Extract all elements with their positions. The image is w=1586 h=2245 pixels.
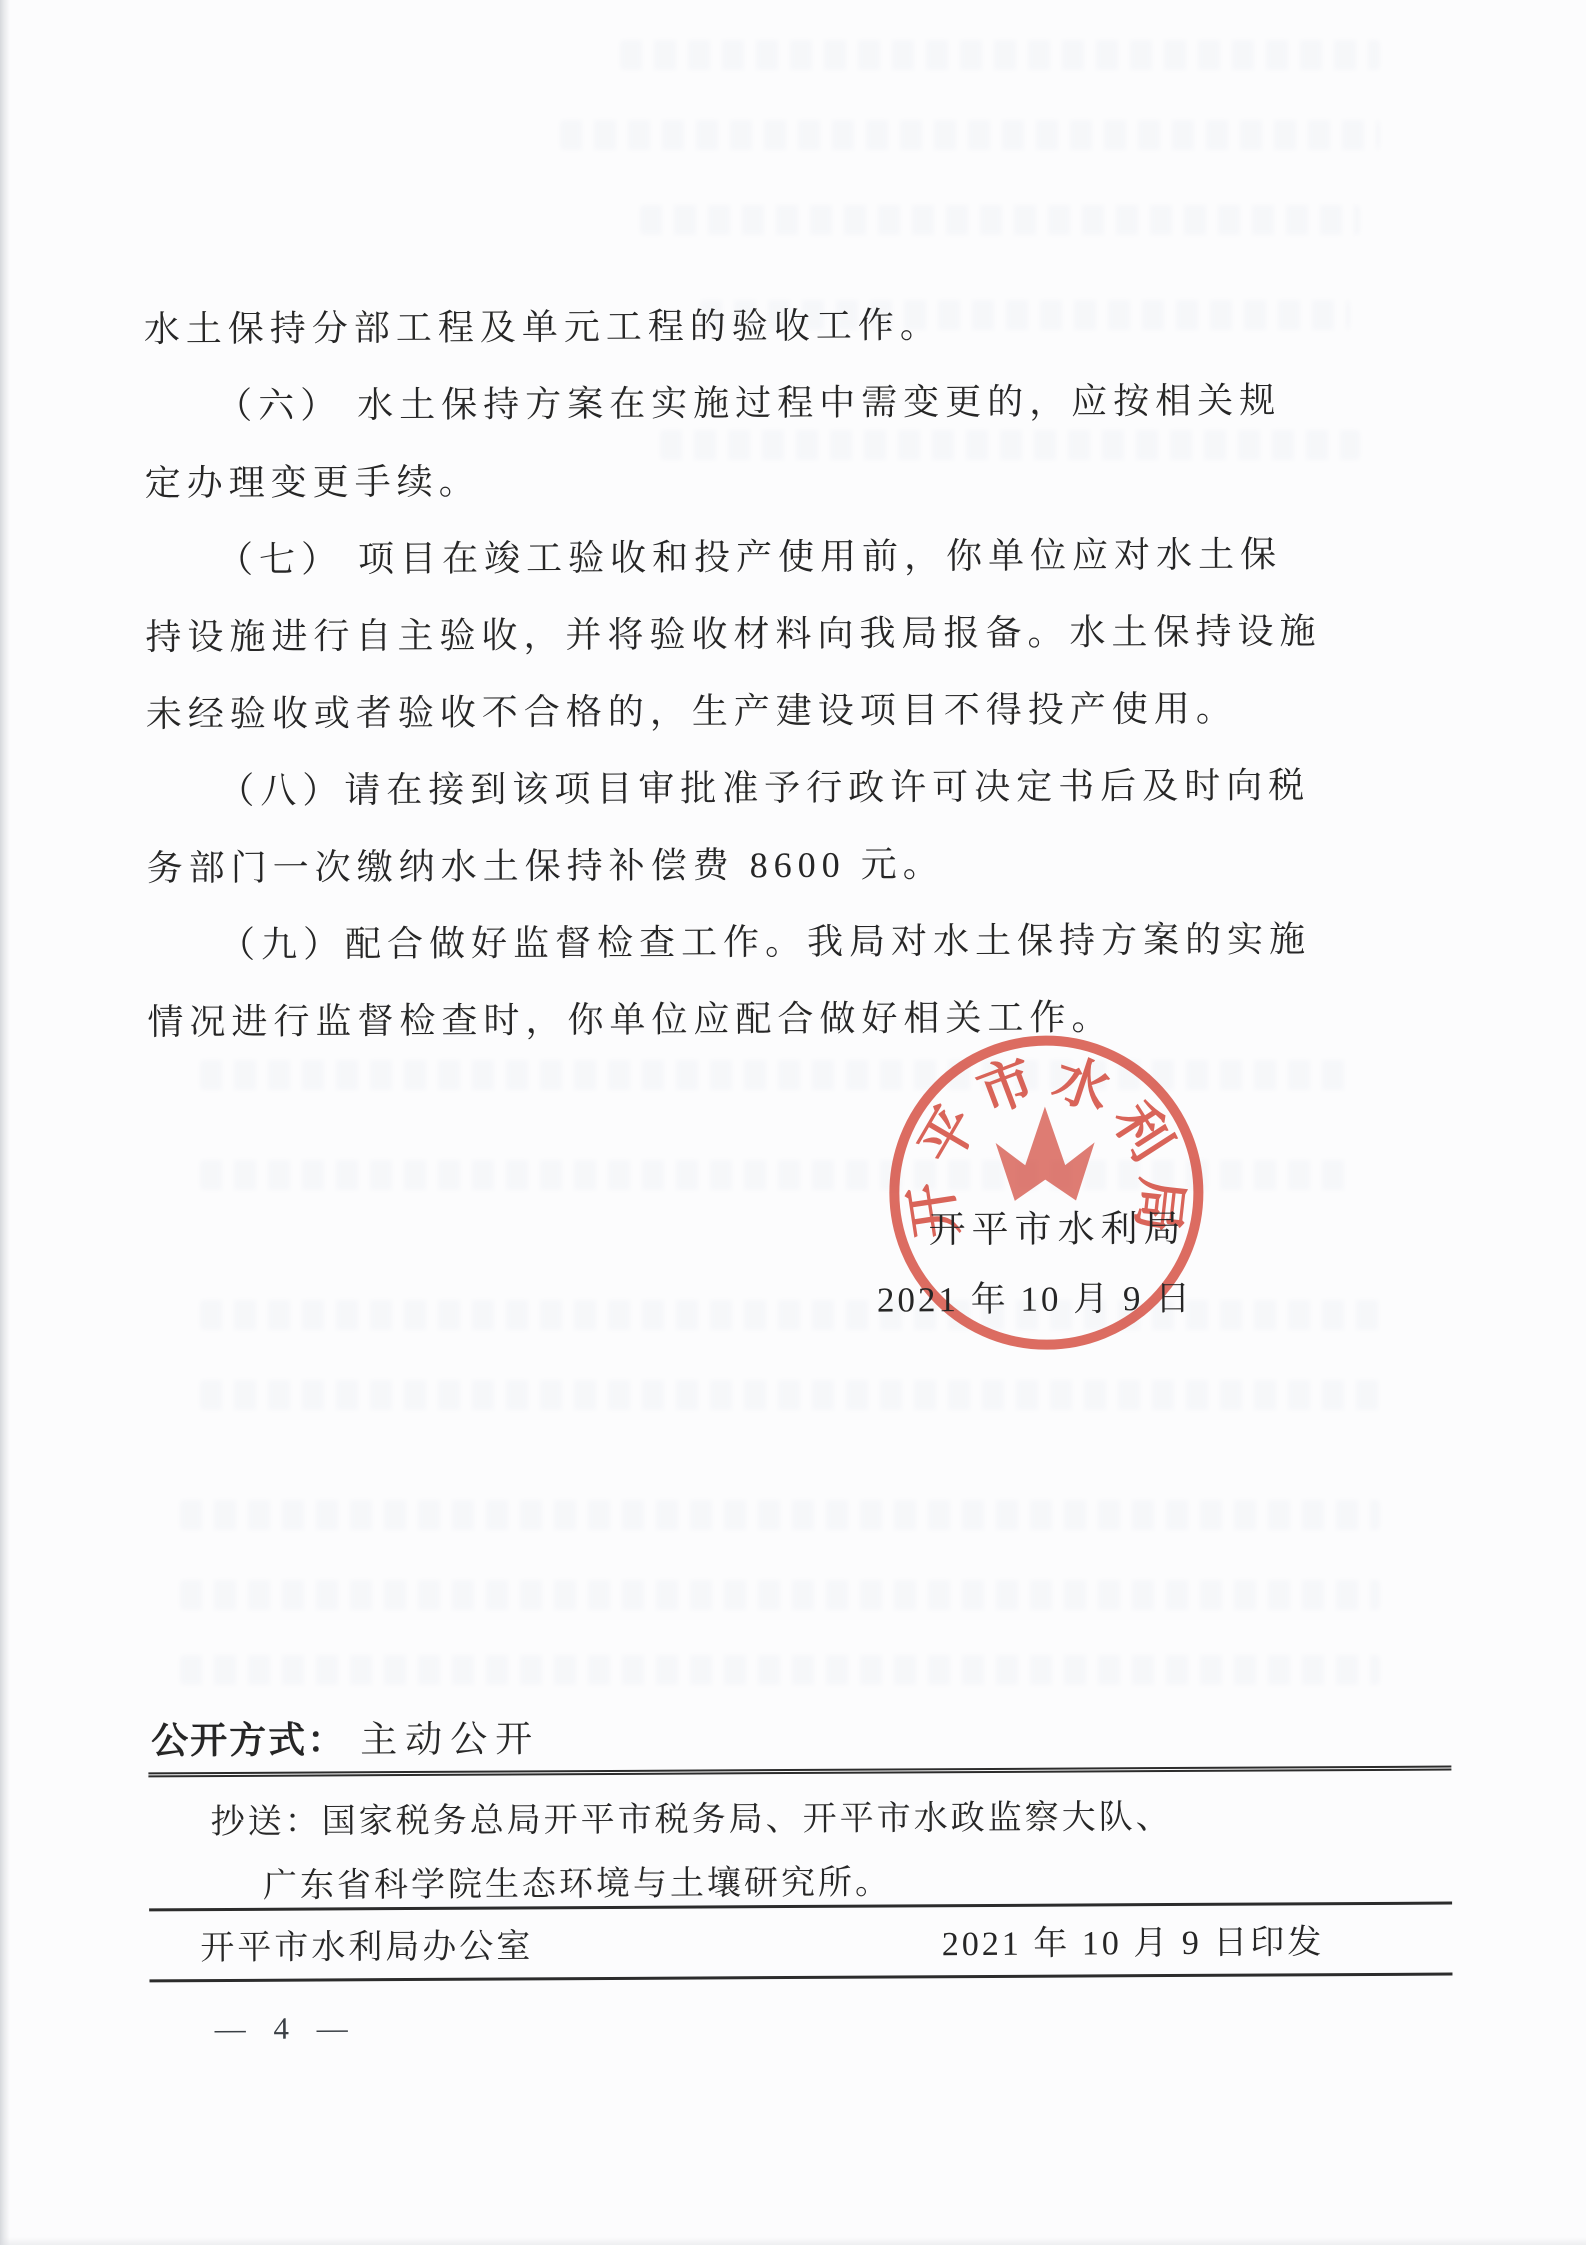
body-line: （九）配合做好监督检查工作。我局对水土保持方案的实施 <box>147 901 1347 984</box>
separator-rule-thin <box>149 1973 1452 1983</box>
body-line: （七） 项目在竣工验收和投产使用前，你单位应对水土保 <box>145 516 1345 599</box>
body-paragraphs: 水土保持分部工程及单元工程的验收工作。（六） 水土保持方案在实施过程中需变更的，… <box>144 285 1348 1061</box>
body-line: 定办理变更手续。 <box>144 439 1344 522</box>
body-line: 务部门一次缴纳水土保持补偿费 8600 元。 <box>146 824 1346 907</box>
body-line: （六） 水土保持方案在实施过程中需变更的，应按相关规 <box>144 362 1344 445</box>
publicity-label: 公开方式： <box>151 1719 346 1761</box>
publicity-row: 公开方式：主动公开 <box>151 1713 540 1768</box>
body-line: 持设施进行自主验收，并将验收材料向我局报备。水土保持设施 <box>145 593 1345 676</box>
signature-date: 2021 年 10 月 9 日 <box>877 1274 1194 1326</box>
seal-star-icon <box>995 1106 1094 1201</box>
signature-authority: 开平市水利局 <box>928 1204 1186 1257</box>
body-line: 未经验收或者验收不合格的，生产建设项目不得投产使用。 <box>146 670 1346 753</box>
body-line: 水土保持分部工程及单元工程的验收工作。 <box>144 285 1344 368</box>
page-number: — 4 — <box>215 2010 358 2047</box>
issuer-print-date: 2021 年 10 月 9 日印发 <box>942 1919 1325 1969</box>
publicity-value: 主动公开 <box>360 1719 540 1761</box>
cc-lines: 抄送：国家税务总局开平市税务局、开平市水政监察大队、广东省科学院生态环境与土壤研… <box>210 1785 1451 1919</box>
page-content: 水土保持分部工程及单元工程的验收工作。（六） 水土保持方案在实施过程中需变更的，… <box>0 0 1586 2245</box>
cc-line: 抄送：国家税务总局开平市税务局、开平市水政监察大队、 <box>210 1785 1450 1855</box>
body-line: （八）请在接到该项目审批准予行政许可决定书后及时向税 <box>146 747 1346 830</box>
issuer-office: 开平市水利局办公室 <box>200 1923 533 1973</box>
document-page: 水土保持分部工程及单元工程的验收工作。（六） 水土保持方案在实施过程中需变更的，… <box>0 0 1586 2245</box>
